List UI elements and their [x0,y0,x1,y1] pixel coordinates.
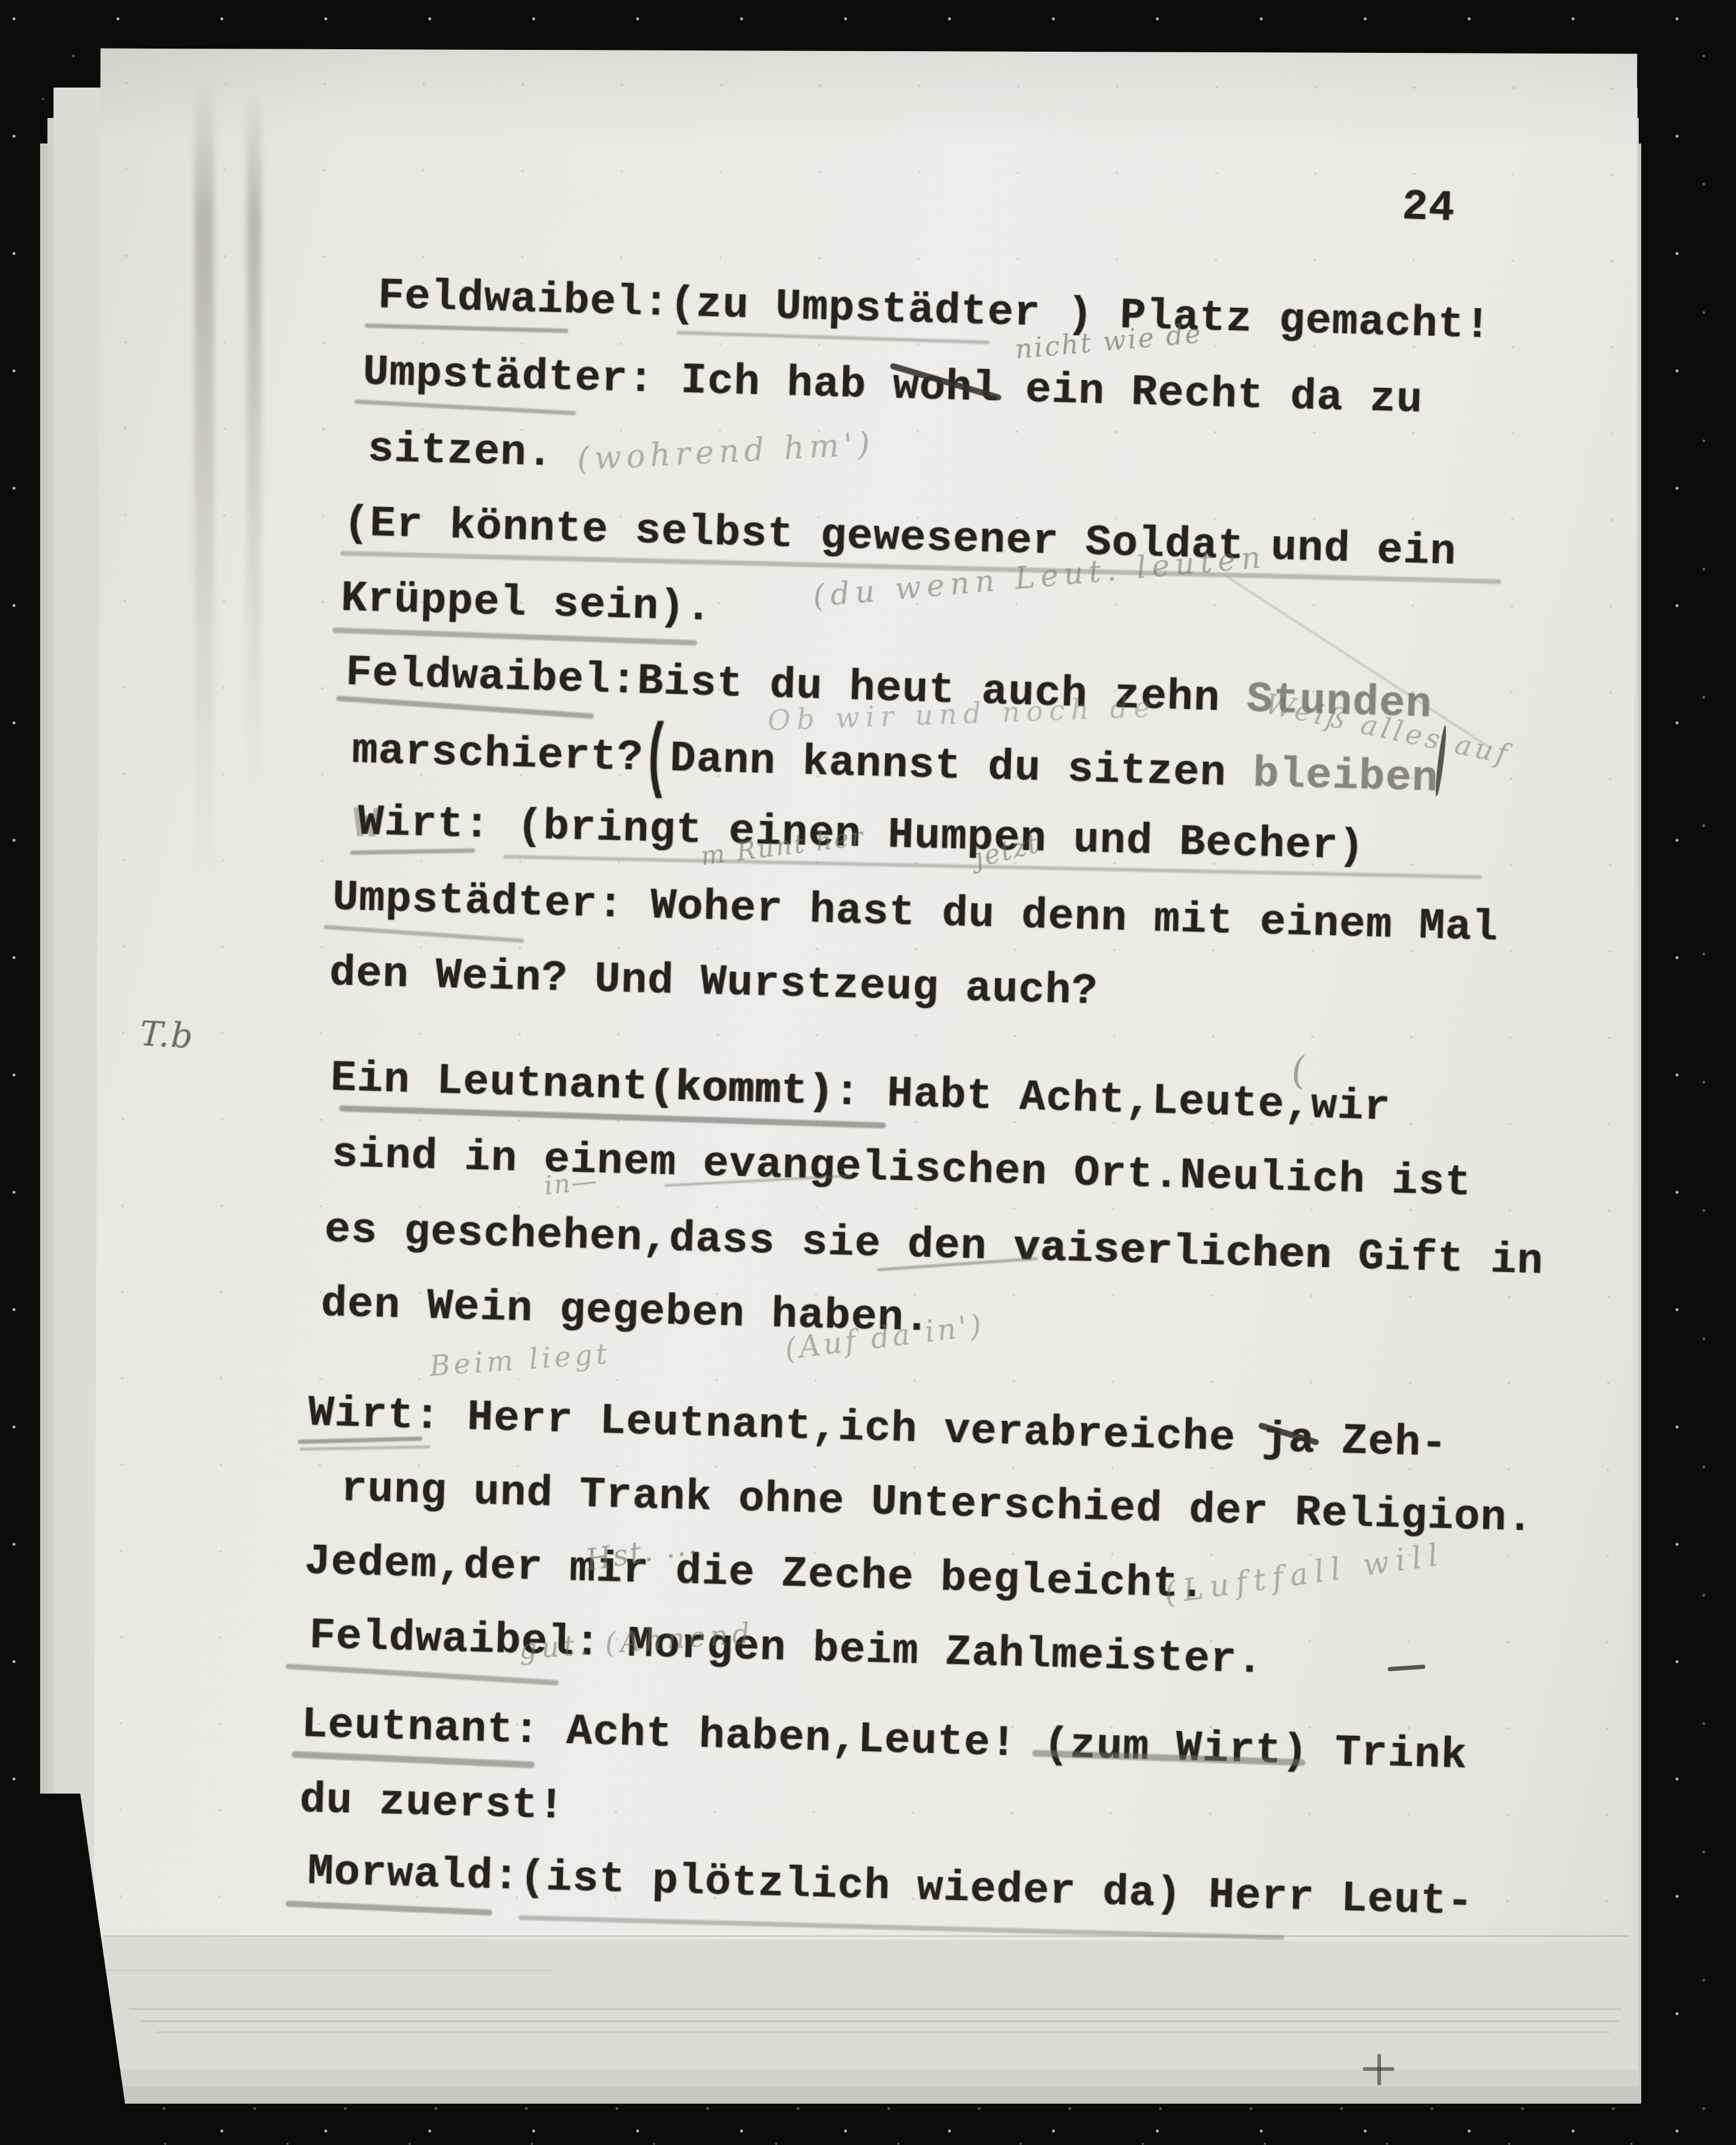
typed-text-segment: Zeh- [1314,1417,1448,1469]
typed-text-segment: ja [1261,1415,1315,1464]
typed-text-segment: Ein Leutnant [330,1054,649,1112]
sheet-edge-line [91,1970,553,1971]
typed-text-segment: Krüppel sein). [340,575,712,633]
typed-text-segment: W [353,801,381,849]
typed-text-segment: ( [642,715,671,806]
sheet-edge-line [141,2020,1618,2022]
typed-text-segment: bleiben [1252,750,1439,804]
handwritten-annotation-above-geschehen: in— [543,1166,599,1201]
typed-line-20: du zuerst! [299,1777,565,1831]
typed-text-segment: (kommt) [648,1063,835,1117]
typed-line-3: sitzen. [367,426,554,478]
sheet-edge-line [157,2031,1610,2033]
typed-text-segment: Gift in [1331,1232,1544,1286]
typed-text-segment: du zuerst! [299,1776,565,1831]
typed-text-segment: wohl [892,363,999,413]
page-number: 24 [1401,184,1456,233]
sheet-edge-line [103,1935,1629,1937]
scan-smudge-streak [195,79,214,882]
scan-smudge-streak [247,91,261,796]
typed-line-5: Krüppel sein). [340,575,712,632]
typed-text-segment: vaiserlichen [1013,1224,1332,1281]
handwritten-margin-mark: T.b [139,1014,195,1057]
typed-text-segment: sitzen. [367,425,554,478]
sheet-edge-line [129,2008,1621,2010]
scanner-backdrop: 24 Feldwaibel:(zu Umpstädter ) Platz gem… [0,0,1736,2145]
typed-text-segment: marschiert? [351,727,644,783]
scan-artifact-mark [1377,2054,1381,2085]
